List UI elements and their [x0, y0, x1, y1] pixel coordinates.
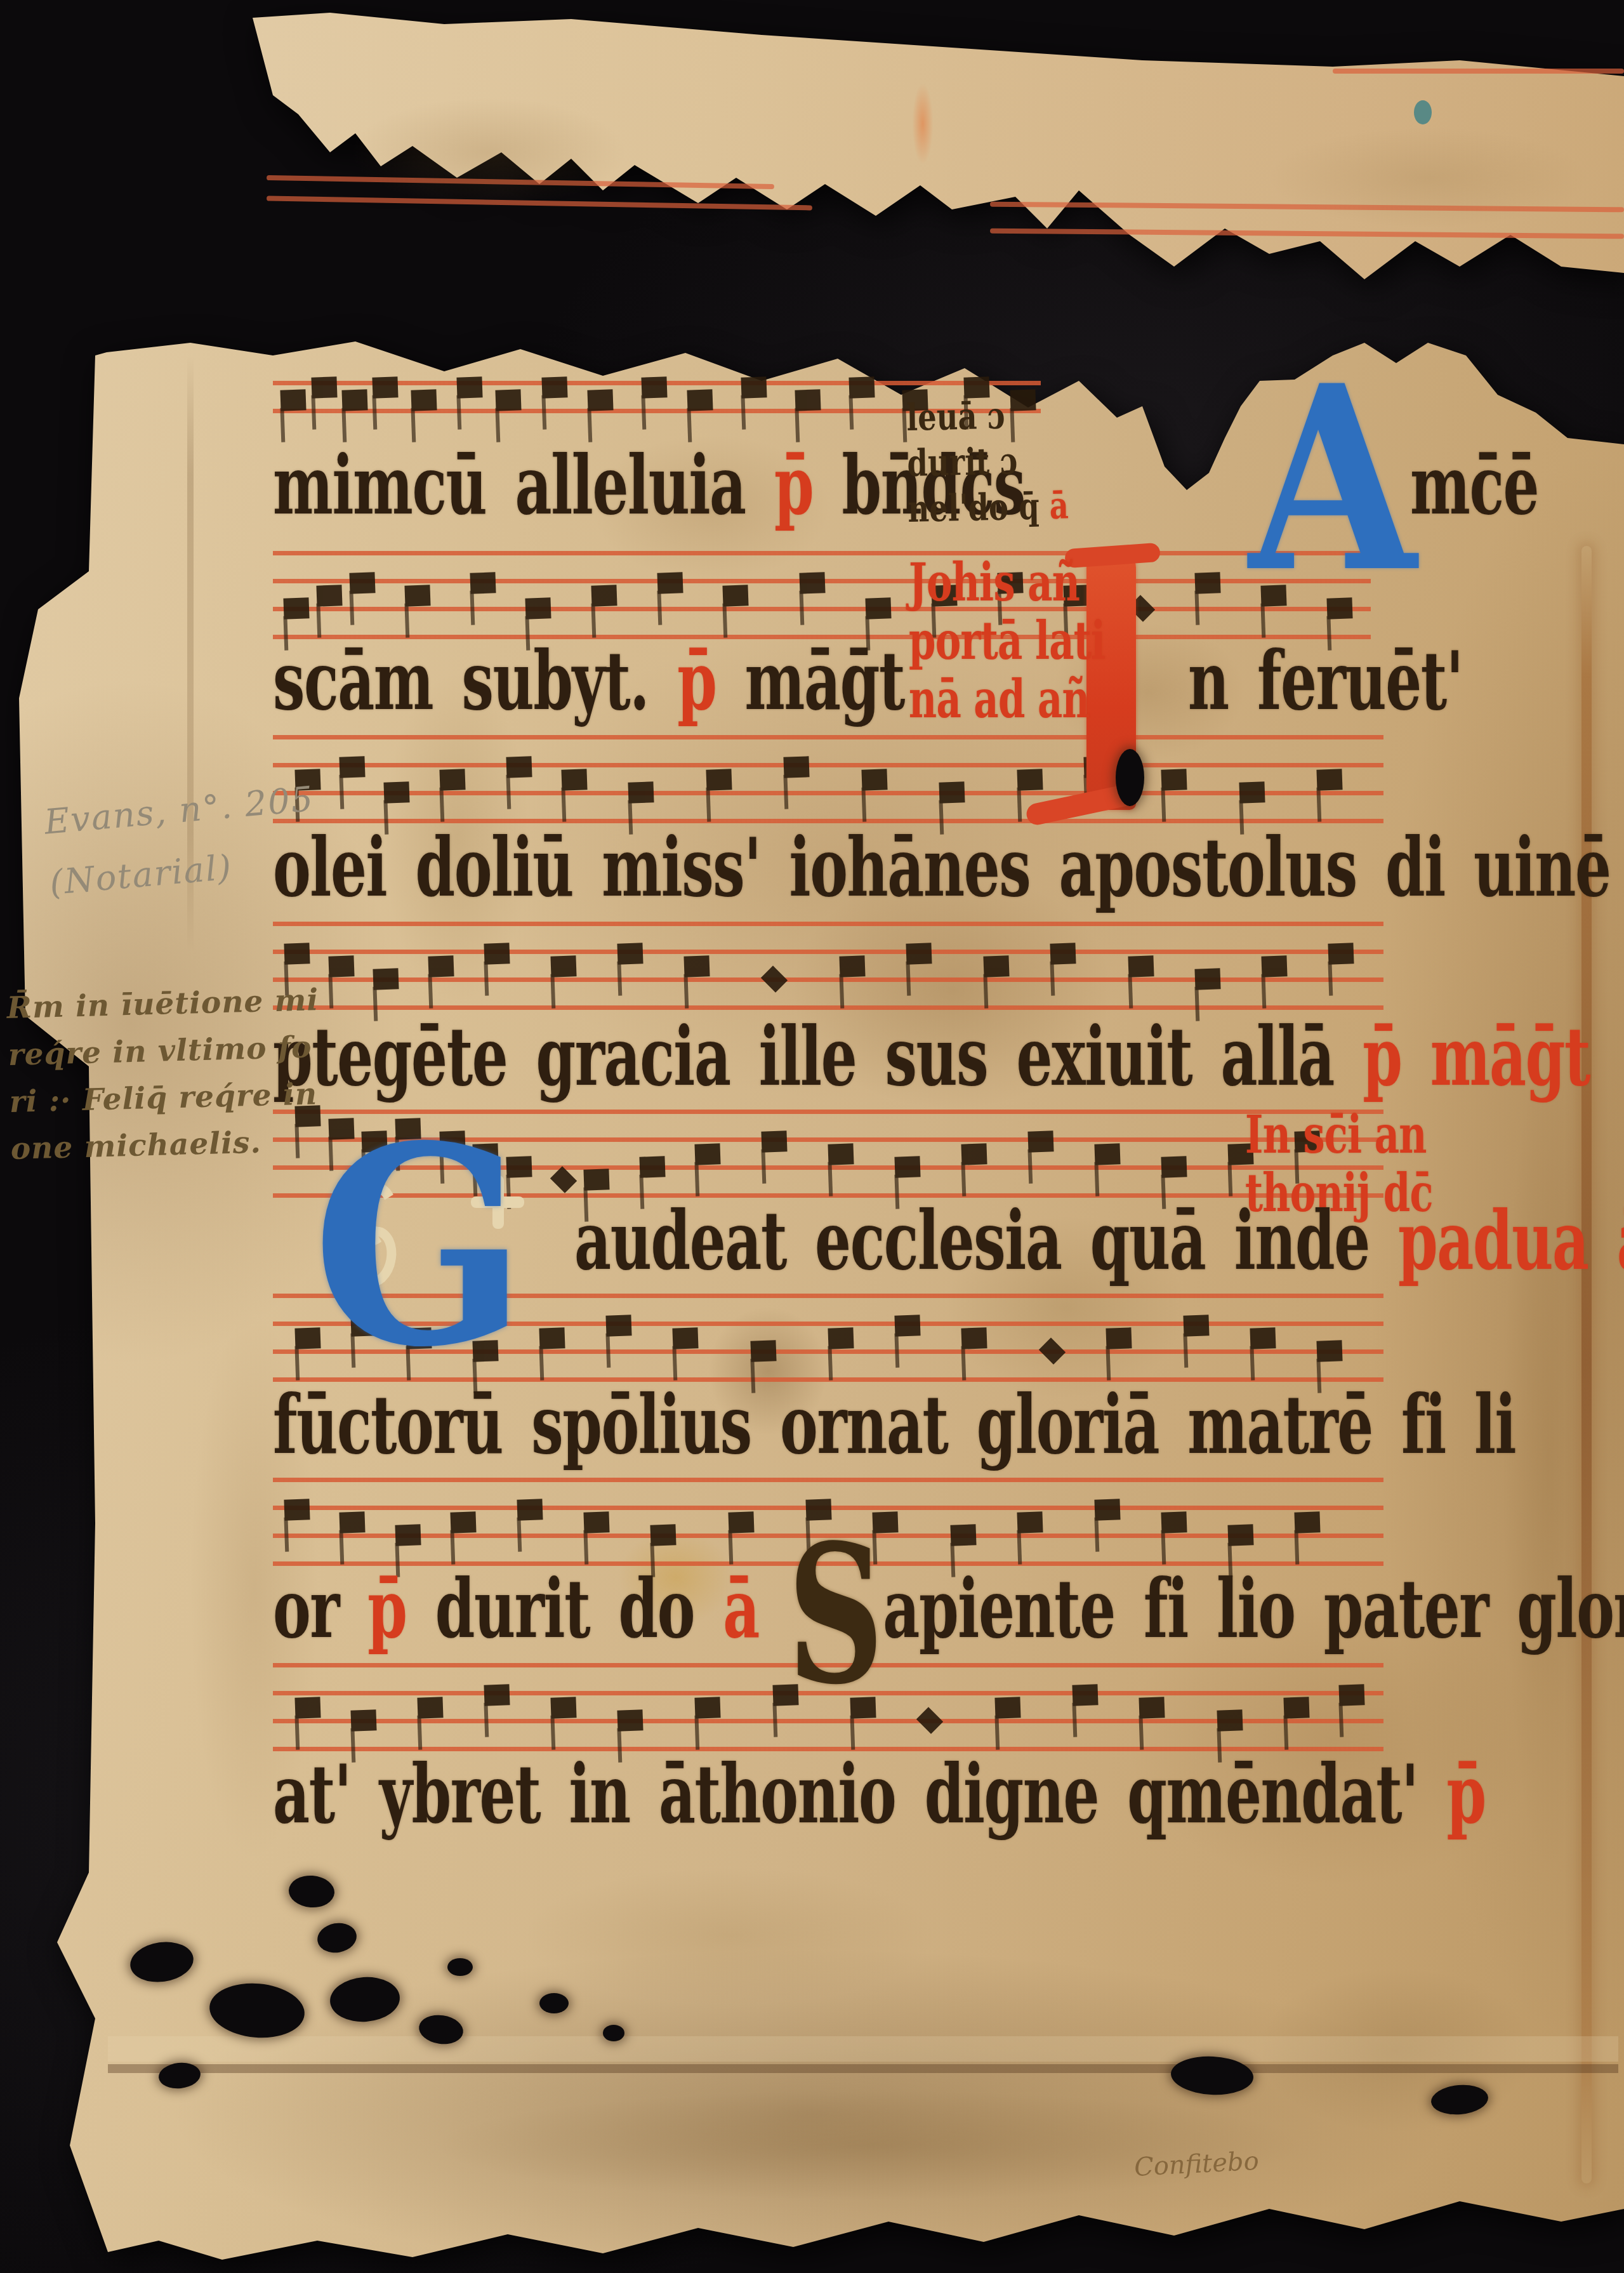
neume-note	[650, 1524, 676, 1546]
neume-note	[795, 389, 821, 411]
neume-note	[470, 572, 496, 593]
chant-text: scām subyt.	[273, 633, 677, 729]
text-line: one michaelis.	[10, 1118, 323, 1173]
neume-note	[439, 769, 465, 790]
text-line: In sc̄i an	[1245, 1106, 1433, 1164]
chant-text: req́re in vltimo fo	[8, 1030, 312, 1073]
initial-a: A	[1249, 330, 1416, 628]
neume-note	[450, 1511, 476, 1533]
neume-note	[800, 572, 826, 593]
neume-note	[672, 1327, 698, 1349]
text-line: at' ybret in āthonio digne qmēndat' p̄	[273, 1747, 1486, 1842]
neume-note	[339, 756, 365, 778]
rubric-text: p̄ māḡt	[1363, 1009, 1590, 1104]
text-line: durit ɔ	[907, 437, 1068, 486]
neume-note	[783, 756, 809, 778]
rubric-text: Johis añ	[909, 552, 1079, 613]
neume-note	[350, 572, 376, 593]
neume-note	[1139, 1697, 1165, 1718]
neume-note	[495, 389, 521, 411]
neume-note	[939, 781, 965, 803]
neume-note	[1161, 769, 1187, 790]
neume-note	[539, 1327, 565, 1349]
neume-note	[687, 389, 713, 411]
neume-note	[683, 955, 710, 977]
neume-note	[428, 955, 454, 977]
neume-note	[894, 1156, 920, 1177]
stain	[298, 76, 679, 229]
neume-note	[1094, 1143, 1120, 1165]
chant-text: olei doliū miss' iohānes apostolus di ui…	[273, 820, 1611, 915]
red-stave	[273, 922, 1383, 1010]
text-line: G	[312, 1087, 527, 1407]
margin-note: R̄m in īuētione mireq́re in vltimo fori …	[6, 977, 323, 1173]
rubric-john: Johis añportā latinā ad añ	[909, 553, 1105, 729]
neume-note	[1261, 955, 1287, 977]
rubric-text: ā	[1049, 484, 1069, 527]
chant-text: māḡt	[745, 633, 904, 729]
text-line: nā ad añ	[909, 670, 1105, 729]
neume-note	[294, 1697, 320, 1718]
neume-note	[1038, 1337, 1065, 1364]
neume-note	[694, 1697, 720, 1718]
rubric-text: portā lati	[909, 611, 1105, 672]
neume-note	[828, 1143, 854, 1165]
neume-note	[317, 585, 343, 606]
bottom-fold-highlight	[108, 2036, 1618, 2062]
rubric-text: p̄	[774, 438, 842, 533]
chant-text: durit do	[435, 1561, 723, 1657]
neume-note	[894, 1315, 920, 1336]
chant-text: leuā ɔ	[906, 394, 1005, 439]
neume-note	[916, 1707, 943, 1733]
rubric-text: ā	[723, 1561, 788, 1657]
neume-note	[1316, 1340, 1342, 1362]
rubric-text: padua ā'	[1398, 1193, 1624, 1289]
neume-note	[761, 1130, 787, 1152]
neume-note	[706, 769, 732, 790]
neume-note	[341, 389, 367, 411]
neume-note	[350, 1709, 376, 1731]
text-line: Johis añ	[909, 553, 1105, 612]
neume-note	[1195, 572, 1221, 593]
neume-note	[723, 585, 749, 606]
neume-note	[525, 597, 551, 619]
tear-hole	[447, 1958, 473, 1976]
neume-note	[583, 1511, 609, 1533]
neume-note	[1050, 943, 1076, 964]
neume-note	[657, 572, 683, 593]
neume-note	[1227, 1524, 1253, 1546]
rubric-text: In sc̄i an	[1245, 1104, 1427, 1165]
neume-note	[404, 585, 430, 606]
neume-note	[750, 1340, 776, 1362]
neume-note	[617, 1709, 643, 1731]
interlinear-note: leuā ɔdurit ɔnel'do q̄ ā	[906, 391, 1069, 531]
tear-hole	[603, 2025, 624, 2041]
chant-text: one michaelis.	[10, 1125, 261, 1167]
neume-note	[484, 943, 510, 964]
neume-note	[639, 1156, 665, 1177]
neume-note	[861, 769, 887, 790]
chant-text: audeat ecclesia quā inde	[574, 1193, 1398, 1289]
rubric-text: p̄	[1446, 1747, 1485, 1842]
pencil-note: Evans, n°. 205(Notarial)	[42, 769, 322, 913]
text-line: scām subyt. p̄ māḡt	[273, 633, 904, 729]
neume-note	[1250, 1327, 1276, 1349]
neume-note	[1328, 943, 1354, 964]
text-line: olei doliū miss' iohānes apostolus di ui…	[273, 820, 1611, 915]
neume-note	[1316, 769, 1342, 790]
chant-text: durit ɔ	[907, 439, 1018, 485]
neume-note	[550, 955, 576, 977]
neume-note	[284, 943, 310, 964]
chant-line-5: audeat ecclesia quā inde padua ā'	[574, 1193, 1624, 1289]
chant-text: Evans, n°. 205	[43, 779, 315, 842]
inline-initial-s: S	[788, 1502, 883, 1726]
neume-note	[1161, 1156, 1187, 1177]
text-line: leuā ɔ	[906, 391, 1067, 441]
tear-hole	[1116, 749, 1144, 806]
chant-text: G	[312, 1087, 527, 1407]
bottom-fold-shadow	[108, 2064, 1618, 2073]
gutter-fold-stain	[1581, 546, 1592, 2184]
neume-note	[961, 1143, 987, 1165]
neume-note	[1094, 1499, 1120, 1520]
neume-note	[311, 376, 337, 398]
neume-note	[550, 1697, 576, 1718]
rubric-text: p̄	[367, 1561, 435, 1657]
text-line: R̄m in īuētione mi	[6, 977, 319, 1032]
tear-hole	[539, 1993, 569, 2013]
neume-note	[588, 389, 614, 411]
chant-text: apiente fi lio pater glori	[883, 1561, 1624, 1657]
neume-note	[1183, 1315, 1209, 1336]
neume-note	[1017, 1511, 1043, 1533]
neume-note	[1017, 769, 1043, 790]
stain	[444, 1841, 1015, 2031]
neume-note	[1283, 1697, 1309, 1718]
neume-note	[373, 376, 399, 398]
chant-text: R̄m in īuētione mi	[6, 983, 319, 1026]
neume-note	[983, 955, 1009, 977]
neume-note	[694, 1143, 720, 1165]
neume-note	[848, 376, 875, 398]
text-line: audeat ecclesia quā inde padua ā'	[574, 1193, 1624, 1289]
red-stave	[273, 735, 1383, 823]
neume-note	[1072, 1684, 1098, 1706]
chant-text: at' ybret in āthonio digne qmēndat'	[273, 1747, 1446, 1842]
neume-note	[617, 943, 643, 964]
neume-note	[411, 389, 437, 411]
neume-note	[741, 376, 767, 398]
neume-note	[1194, 968, 1220, 990]
neume-note	[628, 781, 654, 803]
neume-note	[641, 376, 667, 398]
chant-text: (Notarial)	[48, 847, 234, 903]
chant-line-7: or p̄ durit do ā Sapiente fi lio pater g…	[273, 1561, 1624, 1662]
neume-note	[761, 965, 788, 992]
neume-note	[866, 597, 892, 619]
neume-note	[605, 1315, 631, 1336]
neume-note	[591, 585, 617, 606]
neume-note	[395, 1524, 421, 1546]
neume-note	[994, 1697, 1020, 1718]
neume-note	[1128, 955, 1154, 977]
text-line: n feruēt'	[1188, 633, 1463, 729]
neume-note	[1294, 1511, 1320, 1533]
text-line: portā lati	[909, 612, 1105, 670]
chant-line-3: olei doliū miss' iohānes apostolus di ui…	[273, 820, 1611, 915]
neume-note	[373, 968, 399, 990]
neume-note	[541, 376, 567, 398]
neume-note	[561, 769, 587, 790]
chant-text: ri :· Feliq̄ req́re in	[9, 1077, 318, 1120]
neume-note	[383, 781, 409, 803]
text-line: ri :· Feliq̄ req́re in	[9, 1071, 322, 1126]
neume-note	[950, 1524, 976, 1546]
text-line: req́re in vltimo fo	[8, 1024, 320, 1079]
chant-line-2: scām subyt. p̄ māḡt	[273, 633, 904, 729]
chant-text: or	[273, 1561, 367, 1657]
neume-note	[1217, 1709, 1243, 1731]
neume-note	[284, 597, 310, 619]
text-line: mc̄ē	[1410, 438, 1538, 533]
chant-line-2b: n feruēt'	[1188, 633, 1463, 729]
neume-note	[1161, 1511, 1187, 1533]
neume-note	[906, 943, 932, 964]
neume-note	[506, 756, 532, 778]
neume-note	[484, 1684, 510, 1706]
neume-note	[1027, 1130, 1053, 1152]
neume-note	[828, 1327, 854, 1349]
text-line: or p̄ durit do ā Sapiente fi lio pater g…	[273, 1561, 1624, 1662]
neume-note	[583, 1169, 609, 1190]
chant-text: mimcū alleluia	[273, 438, 774, 533]
text-line: A	[1249, 330, 1416, 628]
photograph-of-manuscript: mimcū alleluia p̄ bn̄dc̄sleuā ɔdurit ɔne…	[0, 0, 1624, 2273]
chant-line-8: at' ybret in āthonio digne qmēndat' p̄	[273, 1747, 1486, 1842]
rubric-text: nā ad añ	[909, 669, 1090, 730]
chant-text: A	[1249, 330, 1416, 628]
chant-text: mc̄ē	[1410, 438, 1538, 533]
neume-note	[961, 1327, 987, 1349]
initial-g: G	[312, 1087, 527, 1407]
neume-note	[1338, 1684, 1364, 1706]
neume-note	[281, 389, 307, 411]
neume-note	[517, 1499, 543, 1520]
rubric-text: p̄	[677, 633, 744, 729]
word-mce: mc̄ē	[1410, 438, 1538, 533]
chant-text: n feruēt'	[1188, 633, 1463, 729]
text-line: nel'do q̄ ā	[908, 482, 1069, 532]
neume-note	[339, 1511, 365, 1533]
neume-note	[417, 1697, 443, 1718]
neume-note	[284, 1499, 310, 1520]
neume-note	[1239, 781, 1265, 803]
neume-note	[328, 955, 354, 977]
neume-note	[728, 1511, 754, 1533]
neume-note	[550, 1166, 576, 1193]
neume-note	[457, 376, 483, 398]
chant-text: nel'do q̄	[908, 484, 1050, 531]
neume-note	[839, 955, 865, 977]
red-stave	[273, 551, 1371, 639]
neume-note	[1106, 1327, 1132, 1349]
